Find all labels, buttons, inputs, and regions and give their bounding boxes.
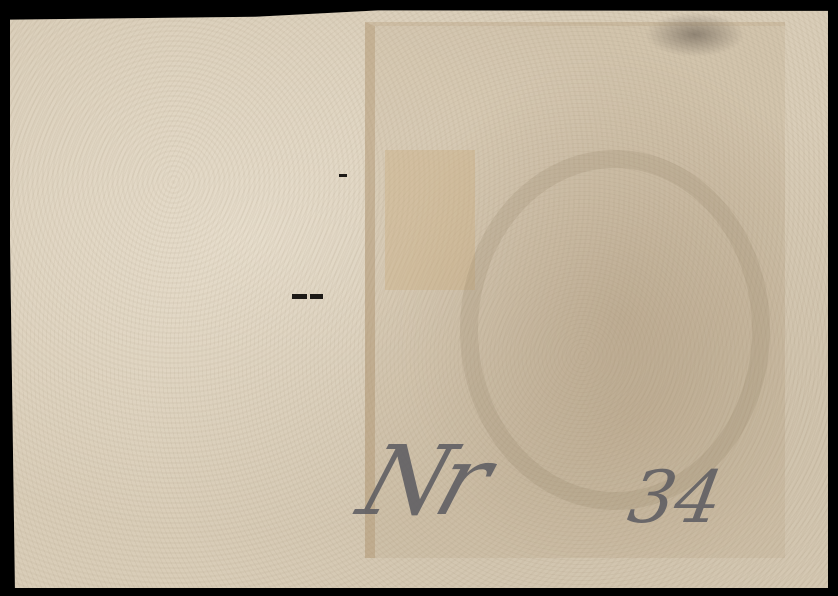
pencil-notation-number: 34 — [623, 455, 729, 539]
ink-mark — [339, 174, 347, 177]
ink-mark — [310, 294, 323, 299]
ink-mark — [292, 294, 307, 299]
hinge-stain — [385, 150, 475, 290]
dark-stain — [645, 12, 745, 57]
